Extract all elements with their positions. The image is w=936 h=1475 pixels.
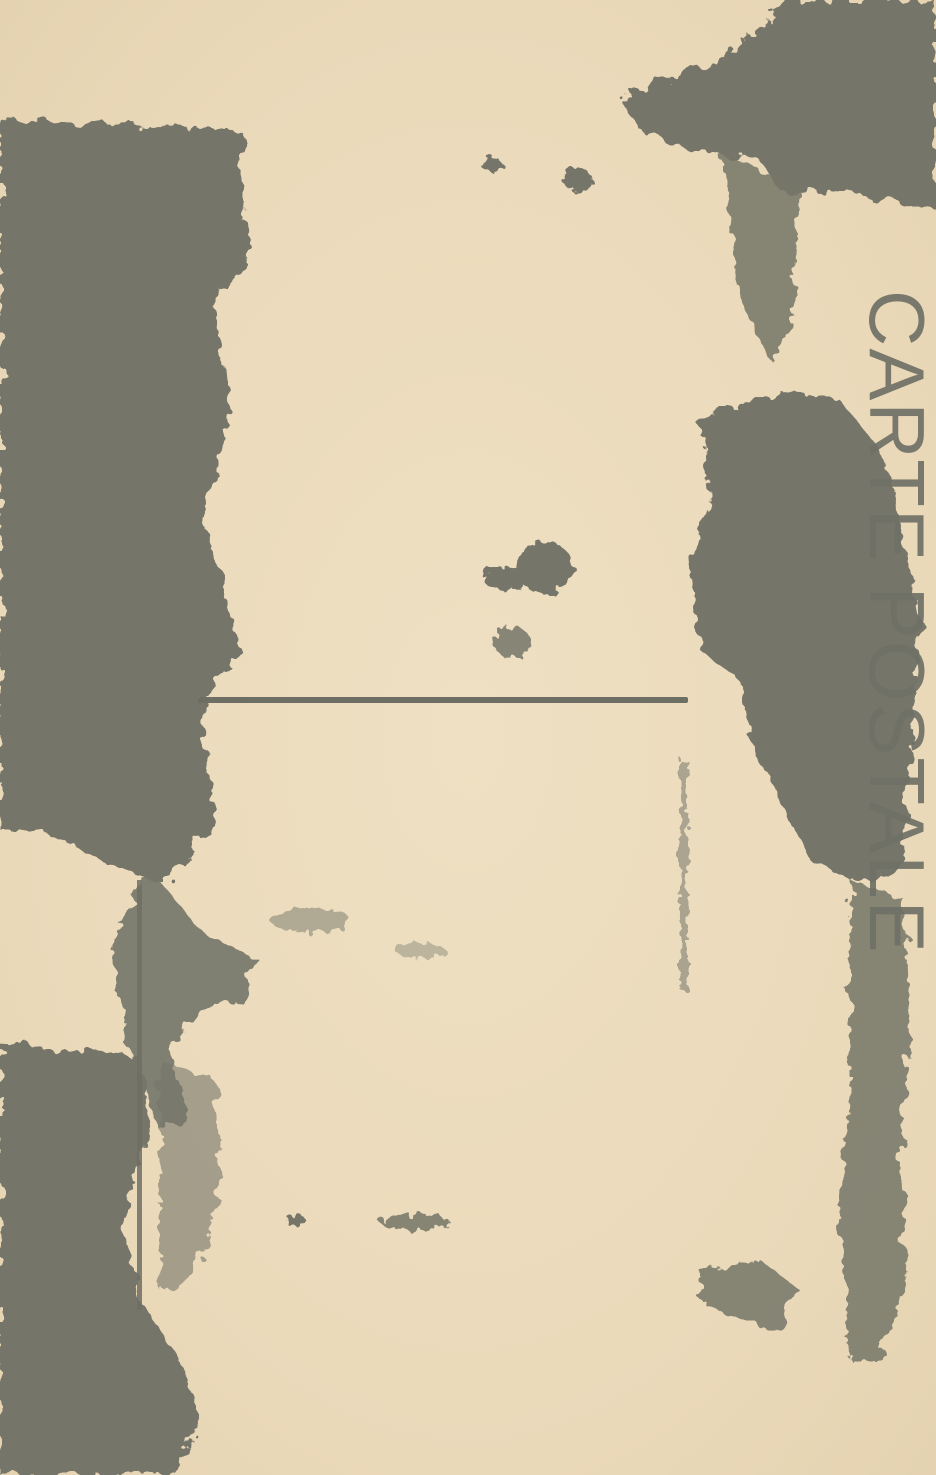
postcard-back: CARTE POSTALE (0, 0, 936, 1475)
postcard-title: CARTE POSTALE (858, 290, 936, 1350)
stamp-box-edge-line (137, 880, 142, 1310)
address-divider-line (198, 697, 688, 703)
